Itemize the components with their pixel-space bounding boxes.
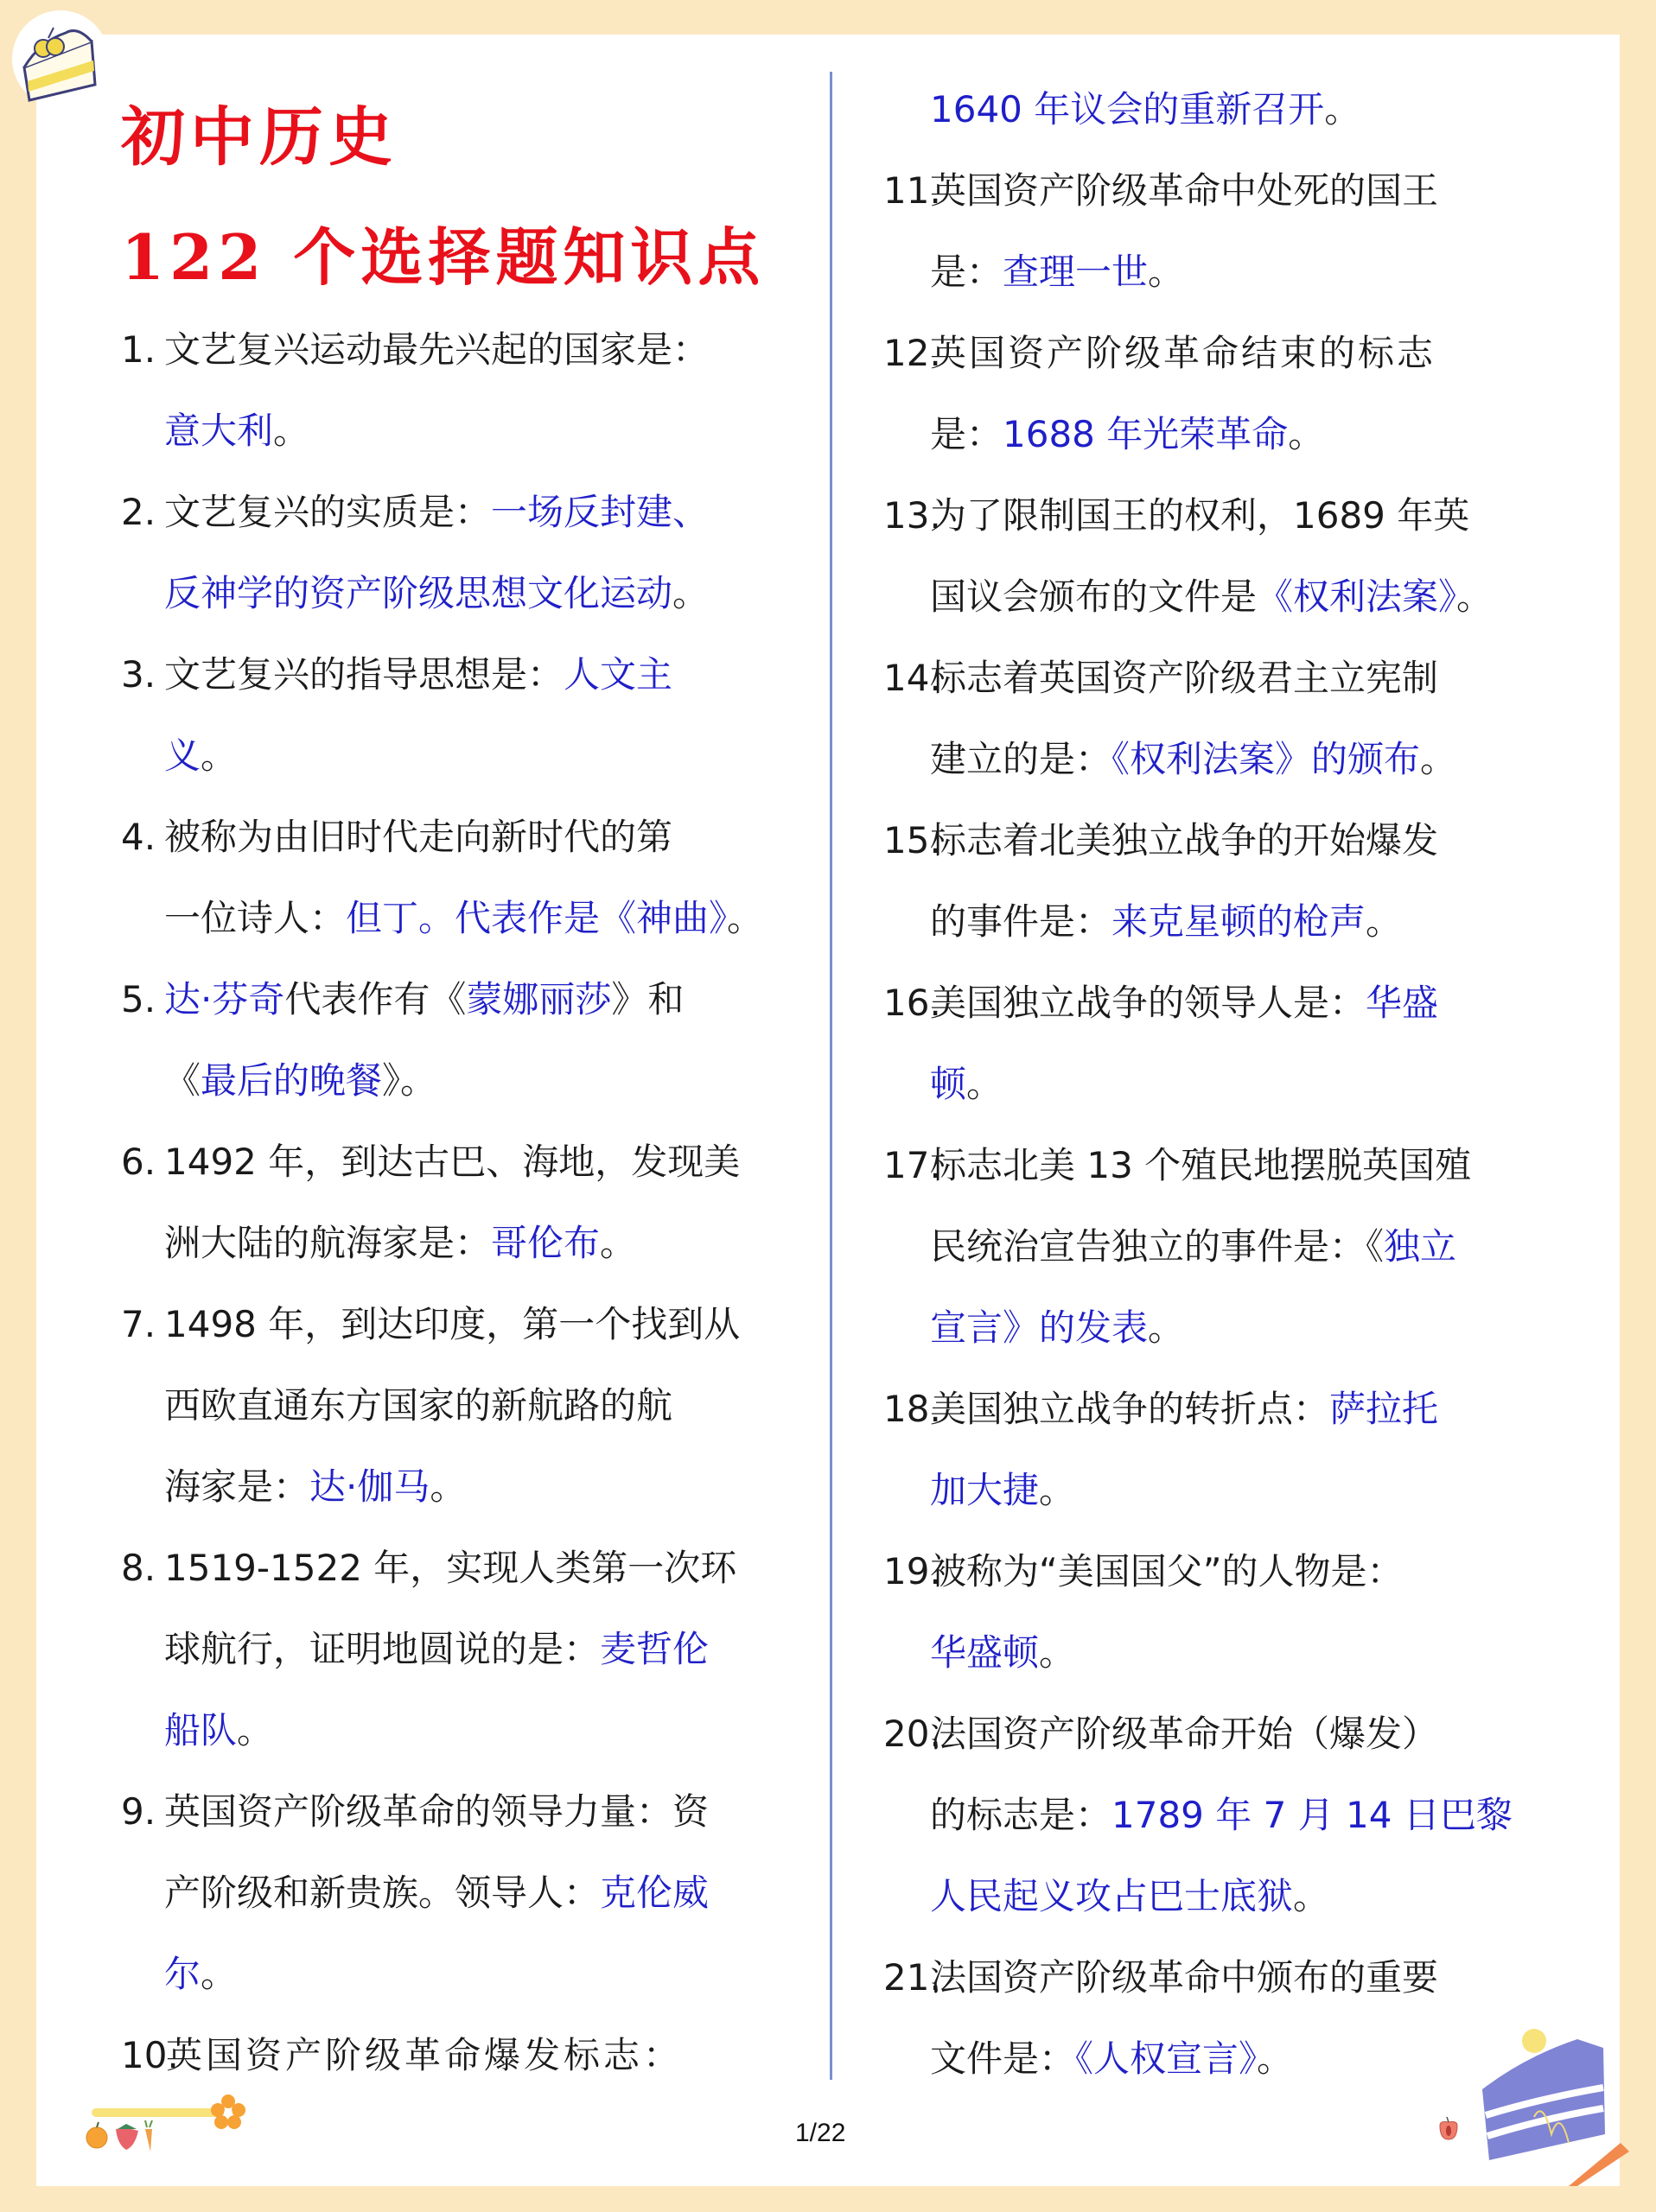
cake-slice-yellow-icon: [5, 7, 116, 109]
punct: 。: [201, 734, 237, 777]
punct: 。: [201, 1953, 237, 1995]
answer-text: 华盛: [1366, 982, 1438, 1024]
item-text: 建立的是：: [930, 738, 1111, 780]
list-item: 20. 法国资产阶级革命开始（爆发） 的标志是：1789 年 7 月 14 日巴…: [883, 1694, 1557, 1937]
punct: 。: [1039, 1469, 1075, 1511]
strawberry-icon: [116, 2124, 138, 2150]
item-text: 球航行，证明地圆说的是：: [164, 1628, 600, 1670]
list-item: 6. 1492 年，到达古巴、海地，发现美 洲大陆的航海家是：哥伦布。: [121, 1122, 787, 1284]
item-number: 21.: [883, 1937, 941, 2018]
item-text: 文艺复兴的实质是：: [164, 491, 491, 533]
item-line: 被称为由旧时代走向新时代的第: [164, 797, 787, 878]
item-text: 的事件是：: [930, 900, 1111, 943]
item-line: 意大利。: [164, 391, 787, 472]
item-line: 文艺复兴的指导思想是：人文主: [164, 634, 787, 715]
item-text: 是：: [930, 251, 1003, 293]
answer-text: 独立: [1384, 1225, 1456, 1268]
right-column: 1640 年议会的重新召开。 11. 英国资产阶级革命中处死的国王 是：查理一世…: [883, 69, 1557, 2100]
list-item: 16. 美国独立战争的领导人是：华盛 顿。: [883, 963, 1557, 1125]
item-number: 4.: [121, 797, 156, 878]
item-number: 15.: [883, 800, 941, 881]
list-item: 4. 被称为由旧时代走向新时代的第 一位诗人：但丁。代表作是《神曲》。: [121, 797, 787, 959]
carrot-icon: [145, 2120, 152, 2152]
answer-text: 1789 年 7 月 14 日巴黎: [1111, 1794, 1513, 1836]
item-line: 1519-1522 年，实现人类第一次环: [164, 1528, 787, 1609]
punct: 。: [1257, 2037, 1293, 2080]
item-text: 标志着北美独立战争的开始爆发: [930, 819, 1438, 861]
punct: 。: [1039, 1631, 1075, 1674]
answer-text: 1688 年光荣革命: [1003, 413, 1288, 455]
item-text: 被称为“美国国父”的人物是：: [930, 1550, 1404, 1592]
item-line: 宣言》的发表。: [930, 1287, 1557, 1369]
item-line: 船队。: [164, 1690, 787, 1771]
list-item: 1. 文艺复兴运动最先兴起的国家是： 意大利。: [121, 309, 787, 472]
answer-text: 1640 年议会的重新召开: [930, 88, 1324, 130]
punct: 。: [273, 410, 309, 452]
item-text: 英国资产阶级革命爆发标志：: [166, 2034, 683, 2076]
item-line: 为了限制国王的权利，1689 年英: [930, 475, 1557, 556]
answer-text: 查理一世: [1003, 251, 1148, 293]
list-item: 9. 英国资产阶级革命的领导力量：资 产阶级和新贵族。领导人：克伦威 尔。: [121, 1771, 787, 2015]
list-item: 17. 标志北美 13 个殖民地摆脱英国殖 民统治宣告独立的事件是：《独立 宣言…: [883, 1125, 1557, 1369]
list-item: 11. 英国资产阶级革命中处死的国王 是：查理一世。: [883, 150, 1557, 313]
item-number: 6.: [121, 1122, 156, 1203]
punct: 。: [1293, 1875, 1329, 1917]
item-line: 的事件是：来克星顿的枪声。: [930, 881, 1557, 963]
item-number: 17.: [883, 1125, 941, 1206]
item-number: 5.: [121, 959, 156, 1040]
item-line: 尔。: [164, 1934, 787, 2015]
list-item: 19. 被称为“美国国父”的人物是： 华盛顿。: [883, 1531, 1557, 1694]
item-line: 文件是：《人权宣言》。: [930, 2018, 1557, 2100]
item-line: 1498 年，到达印度，第一个找到从: [164, 1284, 787, 1365]
item-line: 被称为“美国国父”的人物是：: [930, 1531, 1557, 1612]
item-number: 13.: [883, 475, 941, 556]
item-text: 的标志是：: [930, 1794, 1111, 1836]
answer-text: 麦哲伦: [600, 1628, 709, 1670]
answer-text: 哥伦布: [491, 1222, 600, 1264]
punct: 。: [1456, 575, 1493, 618]
answer-text: 反神学的资产阶级思想文化运动: [164, 572, 672, 614]
item-text: 1492 年，到达古巴、海地，发现美: [164, 1141, 740, 1183]
item-number: 3.: [121, 634, 156, 715]
item-line: 华盛顿。: [930, 1612, 1557, 1694]
item-text: 文件是：: [930, 2037, 1075, 2080]
item-line: 是：查理一世。: [930, 232, 1557, 313]
item-number: 14.: [883, 638, 941, 719]
item-text: 英国资产阶级革命结束的标志: [930, 332, 1436, 374]
item-line: 反神学的资产阶级思想文化运动。: [164, 553, 787, 634]
list-item: 21. 法国资产阶级革命中颁布的重要 文件是：《人权宣言》。: [883, 1937, 1557, 2100]
left-column: 1. 文艺复兴运动最先兴起的国家是： 意大利。 2. 文艺复兴的实质是：一场反封…: [121, 309, 787, 2096]
item-line: 顿。: [930, 1044, 1557, 1125]
item-line: 的标志是：1789 年 7 月 14 日巴黎: [930, 1775, 1557, 1856]
item-line: 产阶级和新贵族。领导人：克伦威: [164, 1853, 787, 1934]
punct: 。: [1148, 251, 1184, 293]
column-divider: [830, 72, 832, 2080]
orange-icon: [86, 2122, 107, 2148]
answer-text: 意大利: [164, 410, 273, 452]
answer-text: 华盛顿: [930, 1631, 1039, 1674]
title-subject: 初中历史: [121, 86, 398, 178]
item-text: 是：: [930, 413, 1003, 455]
answer-text: 达·伽马: [309, 1465, 430, 1508]
item-text: 1498 年，到达印度，第一个找到从: [164, 1303, 740, 1345]
answer-text: 但丁。代表作是《神曲》: [346, 897, 727, 939]
punct: 》。: [382, 1059, 436, 1102]
item-text: 洲大陆的航海家是：: [164, 1222, 491, 1264]
item-number: 10.: [121, 2015, 179, 2096]
answer-text: 萨拉托: [1329, 1388, 1438, 1430]
item-line: 球航行，证明地圆说的是：麦哲伦: [164, 1609, 787, 1690]
punct: 。: [672, 572, 709, 614]
item-text: 》和: [611, 978, 684, 1020]
item-number: 9.: [121, 1771, 156, 1853]
item-line: 标志着北美独立战争的开始爆发: [930, 800, 1557, 881]
item-text: 国议会颁布的文件是: [930, 575, 1257, 618]
punct: 。: [1148, 1306, 1184, 1349]
item-number: 2.: [121, 472, 156, 553]
item-number: 19.: [883, 1531, 941, 1612]
item-line: 美国独立战争的转折点：萨拉托: [930, 1369, 1557, 1450]
answer-text: 《人权宣言》: [1075, 2037, 1257, 2080]
item-text: 为了限制国王的权利，1689 年英: [930, 494, 1469, 537]
item-line: 法国资产阶级革命开始（爆发）: [930, 1694, 1557, 1775]
punct: 。: [966, 1063, 1003, 1105]
list-item: 2. 文艺复兴的实质是：一场反封建、 反神学的资产阶级思想文化运动。: [121, 472, 787, 634]
item-text: 英国资产阶级革命中处死的国王: [930, 169, 1438, 212]
title-topic: 122 个选择题知识点: [121, 207, 765, 297]
item-line: 达·芬奇代表作有《蒙娜丽莎》和: [164, 959, 787, 1040]
item-text: 标志北美 13 个殖民地摆脱英国殖: [930, 1144, 1471, 1186]
item-line: 是：1688 年光荣革命。: [930, 394, 1557, 475]
list-item: 8. 1519-1522 年，实现人类第一次环 球航行，证明地圆说的是：麦哲伦 …: [121, 1528, 787, 1771]
answer-text: 船队: [164, 1709, 237, 1751]
cake-slice-blue-icon: [1474, 2013, 1629, 2186]
item-line: 洲大陆的航海家是：哥伦布。: [164, 1203, 787, 1284]
item-text: 法国资产阶级革命中颁布的重要: [930, 1956, 1438, 1999]
answer-text: 人文主: [564, 653, 672, 696]
item-number: 16.: [883, 963, 941, 1044]
item-line: 美国独立战争的领导人是：华盛: [930, 963, 1557, 1044]
answer-text: 克伦威: [600, 1872, 709, 1914]
item-text: 美国独立战争的转折点：: [930, 1388, 1329, 1430]
punct: 。: [430, 1465, 466, 1508]
item-text: 代表作有《: [284, 978, 466, 1020]
item-line: 文艺复兴的实质是：一场反封建、: [164, 472, 787, 553]
punct: 。: [1324, 88, 1360, 130]
answer-text: 来克星顿的枪声: [1111, 900, 1366, 943]
fruit-row-icon: [85, 2117, 180, 2152]
punct: 。: [727, 897, 763, 939]
item-line: 加大捷。: [930, 1450, 1557, 1531]
item-text: 一位诗人：: [164, 897, 346, 939]
item-line: 义。: [164, 715, 787, 797]
list-item: 10. 英国资产阶级革命爆发标志：: [121, 2015, 787, 2096]
item-line: 西欧直通东方国家的新航路的航: [164, 1365, 787, 1446]
item-number: 1.: [121, 309, 156, 391]
punct: 《: [164, 1059, 201, 1102]
answer-text: 《权利法案》: [1257, 575, 1456, 618]
item-text: 美国独立战争的领导人是：: [930, 982, 1366, 1024]
list-item: 14. 标志着英国资产阶级君主立宪制 建立的是：《权利法案》的颁布。: [883, 638, 1557, 800]
item-number: 18.: [883, 1369, 941, 1450]
item-line: 英国资产阶级革命结束的标志: [930, 313, 1557, 394]
list-item: 15. 标志着北美独立战争的开始爆发 的事件是：来克星顿的枪声。: [883, 800, 1557, 963]
list-item: 5. 达·芬奇代表作有《蒙娜丽莎》和 《最后的晚餐》。: [121, 959, 787, 1122]
item-line: 英国资产阶级革命中处死的国王: [930, 150, 1557, 232]
item-line: 海家是：达·伽马。: [164, 1446, 787, 1528]
item-text: 民统治宣告独立的事件是：《: [930, 1225, 1384, 1268]
item-line: 英国资产阶级革命的领导力量：资: [164, 1771, 787, 1853]
item-line: 人民起义攻占巴士底狱。: [930, 1856, 1557, 1937]
item-number: 20.: [883, 1694, 941, 1775]
item-text: 1519-1522 年，实现人类第一次环: [164, 1547, 736, 1589]
page-indicator: 1/22: [795, 2119, 845, 2148]
item-text: 法国资产阶级革命开始（爆发）: [930, 1713, 1438, 1755]
item-text: 海家是：: [164, 1465, 309, 1508]
item-line: 文艺复兴运动最先兴起的国家是：: [164, 309, 787, 391]
item-text: 英国资产阶级革命的领导力量：资: [164, 1790, 709, 1833]
item-text: 文艺复兴的指导思想是：: [164, 653, 564, 696]
answer-text: 加大捷: [930, 1469, 1039, 1511]
item-text: 标志着英国资产阶级君主立宪制: [930, 657, 1438, 699]
punct: 。: [1288, 413, 1324, 455]
answer-text: 尔: [164, 1953, 201, 1995]
answer-text: 义: [164, 734, 201, 777]
item-number: 11.: [883, 150, 941, 232]
item-line: 国议会颁布的文件是《权利法案》。: [930, 556, 1557, 638]
answer-text: 人民起义攻占巴士底狱: [930, 1875, 1293, 1917]
list-item: 12. 英国资产阶级革命结束的标志 是：1688 年光荣革命。: [883, 313, 1557, 475]
item-line: 标志着英国资产阶级君主立宪制: [930, 638, 1557, 719]
item-line: 建立的是：《权利法案》的颁布。: [930, 719, 1557, 800]
punct: 。: [237, 1709, 273, 1751]
item-line: 1492 年，到达古巴、海地，发现美: [164, 1122, 787, 1203]
answer-text: 蒙娜丽莎: [466, 978, 611, 1020]
item-text: 西欧直通东方国家的新航路的航: [164, 1384, 672, 1427]
item-line: 民统治宣告独立的事件是：《独立: [930, 1206, 1557, 1287]
item-number: 8.: [121, 1528, 156, 1609]
list-item: 13. 为了限制国王的权利，1689 年英 国议会颁布的文件是《权利法案》。: [883, 475, 1557, 638]
list-item: 18. 美国独立战争的转折点：萨拉托 加大捷。: [883, 1369, 1557, 1531]
item-number: 12.: [883, 313, 941, 394]
answer-text: 《权利法案》的颁布: [1111, 738, 1420, 780]
answer-text: 顿: [930, 1063, 966, 1105]
punct: 。: [600, 1222, 636, 1264]
item-line: 一位诗人：但丁。代表作是《神曲》。: [164, 878, 787, 959]
item-line: 英国资产阶级革命爆发标志：: [166, 2015, 787, 2096]
item-line: 标志北美 13 个殖民地摆脱英国殖: [930, 1125, 1557, 1206]
item-text: 被称为由旧时代走向新时代的第: [164, 816, 672, 858]
answer-text: 宣言》的发表: [930, 1306, 1148, 1349]
item-number: 7.: [121, 1284, 156, 1365]
punct: 。: [1420, 738, 1456, 780]
item-line: 《最后的晚餐》。: [164, 1040, 787, 1122]
continued-answer: 1640 年议会的重新召开。: [883, 69, 1557, 150]
answer-text: 达·芬奇: [164, 978, 284, 1020]
item-text: 文艺复兴运动最先兴起的国家是：: [164, 328, 709, 371]
answer-text: 最后的晚餐: [201, 1059, 382, 1102]
punct: 。: [1366, 900, 1402, 943]
item-text: 产阶级和新贵族。领导人：: [164, 1872, 600, 1914]
list-item: 3. 文艺复兴的指导思想是：人文主 义。: [121, 634, 787, 797]
list-item: 7. 1498 年，到达印度，第一个找到从 西欧直通东方国家的新航路的航 海家是…: [121, 1284, 787, 1528]
apple-icon: [1435, 2115, 1462, 2143]
item-line: 法国资产阶级革命中颁布的重要: [930, 1937, 1557, 2018]
answer-text: 一场反封建、: [491, 491, 709, 533]
